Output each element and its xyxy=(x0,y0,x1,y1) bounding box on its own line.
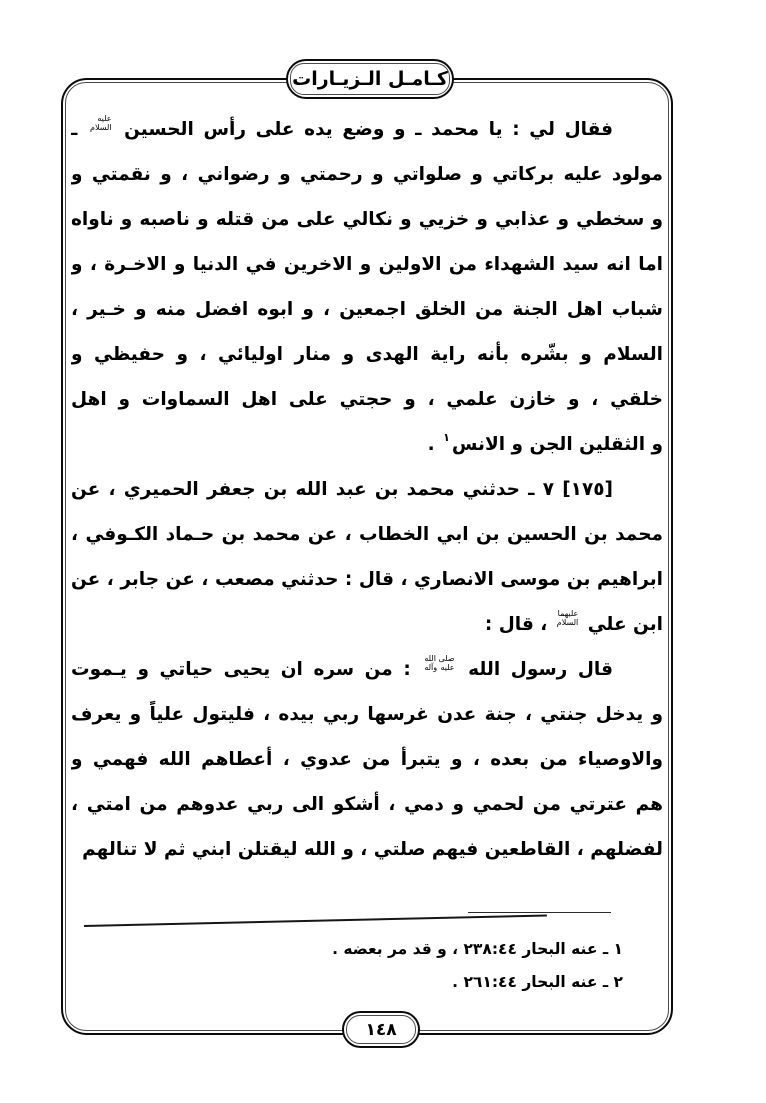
text-run: لفضلهم ، القاطعين فيهم صلتي ، و الله ليق… xyxy=(82,839,663,872)
honorific-salutation: عليهالسلام xyxy=(90,114,112,132)
footnote: ٢ ـ عنه البحار ٢٦١:٤٤ . xyxy=(71,966,623,999)
text-line: خلقي ، و خازن علمي ، و حجتي على اهل السم… xyxy=(71,377,663,422)
text-line: لفضلهم ، القاطعين فيهم صلتي ، و الله ليق… xyxy=(71,827,663,872)
honorific-bottom: عليه وآله xyxy=(424,663,454,672)
honorific-top: عليه xyxy=(90,114,112,123)
book-title: كـامـل الـزيـارات xyxy=(292,68,448,90)
footnote-separator-secondary xyxy=(468,912,611,913)
honorific-salutation: عليهماالسلام xyxy=(557,609,579,627)
book-page: كـامـل الـزيـارات فقال لي : يا محمد ـ و … xyxy=(0,0,766,1103)
footnote-ref: ١ xyxy=(443,431,450,444)
page-frame: فقال لي : يا محمد ـ و وضع يده على رأس ال… xyxy=(61,78,673,1035)
text-line: [١٧٥] ٧ ـ حدثني محمد بن عبد الله بن جعفر… xyxy=(71,467,663,512)
page-number: ١٤٨ xyxy=(365,1020,396,1040)
text-run: . xyxy=(428,434,441,455)
header-cartouche: كـامـل الـزيـارات xyxy=(286,59,454,99)
text-run: فقال لي : يا محمد ـ و وضع يده على رأس ال… xyxy=(115,119,614,140)
text-run: و سخطي و عذابي و خزيي و نكالي على من قتل… xyxy=(71,209,663,242)
text-line: مولود عليه بركاتي و صلواتي و رحمتي و رضو… xyxy=(71,152,663,197)
text-run: و الثقلين الجن و الانس xyxy=(452,434,663,455)
text-line: محمد بن الحسين بن ابي الخطاب ، عن محمد ب… xyxy=(71,512,663,557)
text-run: والاوصياء من بعده ، و يتبرأ من عدوي ، أع… xyxy=(71,749,663,782)
text-run: ابراهيم بن موسى الانصاري ، قال : حدثني م… xyxy=(71,569,663,602)
footnotes: ١ ـ عنه البحار ٢٣٨:٤٤ ، و قد مر بعضه .٢ … xyxy=(71,933,663,999)
text-line: والاوصياء من بعده ، و يتبرأ من عدوي ، أع… xyxy=(71,737,663,782)
text-line: هم عترتي من لحمي و دمي ، أشكو الى ربي عد… xyxy=(71,782,663,827)
honorific-bottom: السلام xyxy=(90,123,112,132)
text-run: مولود عليه بركاتي و صلواتي و رحمتي و رضو… xyxy=(71,164,663,197)
text-run: هم عترتي من لحمي و دمي ، أشكو الى ربي عد… xyxy=(71,794,663,827)
honorific-salutation: صلى اللهعليه وآله xyxy=(424,654,454,672)
text-run: اما انه سيد الشهداء من الاولين و الاخرين… xyxy=(71,254,663,287)
text-run: قال رسول الله xyxy=(458,659,613,680)
text-run: السلام و بشّره بأنه راية الهدى و منار او… xyxy=(71,344,663,377)
page-number-cartouche: ١٤٨ xyxy=(342,1011,420,1048)
text-line: فقال لي : يا محمد ـ و وضع يده على رأس ال… xyxy=(71,107,663,152)
honorific-top: عليهما xyxy=(557,609,579,618)
text-run: محمد بن الحسين بن ابي الخطاب ، عن محمد ب… xyxy=(71,524,663,557)
text-run: [١٧٥] ٧ ـ حدثني محمد بن عبد الله بن جعفر… xyxy=(71,479,613,512)
text-line: اما انه سيد الشهداء من الاولين و الاخرين… xyxy=(71,242,663,287)
text-line: و سخطي و عذابي و خزيي و نكالي على من قتل… xyxy=(71,197,663,242)
text-line: ابراهيم بن موسى الانصاري ، قال : حدثني م… xyxy=(71,557,663,602)
text-line: السلام و بشّره بأنه راية الهدى و منار او… xyxy=(71,332,663,377)
honorific-top: صلى الله xyxy=(424,654,454,663)
text-line: و الثقلين الجن و الانس١ . xyxy=(71,422,663,467)
text-run: و يدخل جنتي ، جنة عدن غرسها ربي بيده ، ف… xyxy=(71,704,663,737)
text-run: خلقي ، و خازن علمي ، و حجتي على اهل السم… xyxy=(71,389,663,422)
text-line: و يدخل جنتي ، جنة عدن غرسها ربي بيده ، ف… xyxy=(71,692,663,737)
text-line: شباب اهل الجنة من الخلق اجمعين ، و ابوه … xyxy=(71,287,663,332)
footnote-separator xyxy=(84,914,547,927)
text-run: شباب اهل الجنة من الخلق اجمعين ، و ابوه … xyxy=(71,299,663,332)
honorific-bottom: السلام xyxy=(557,618,579,627)
text-run: ، قال : xyxy=(485,614,554,635)
body-text: فقال لي : يا محمد ـ و وضع يده على رأس ال… xyxy=(71,107,663,872)
footnote: ١ ـ عنه البحار ٢٣٨:٤٤ ، و قد مر بعضه . xyxy=(71,933,623,966)
text-line: قال رسول الله صلى اللهعليه وآله : من سره… xyxy=(71,647,663,692)
text-run: ابن علي xyxy=(581,614,663,635)
text-line: ابن علي عليهماالسلام ، قال : xyxy=(71,602,663,647)
